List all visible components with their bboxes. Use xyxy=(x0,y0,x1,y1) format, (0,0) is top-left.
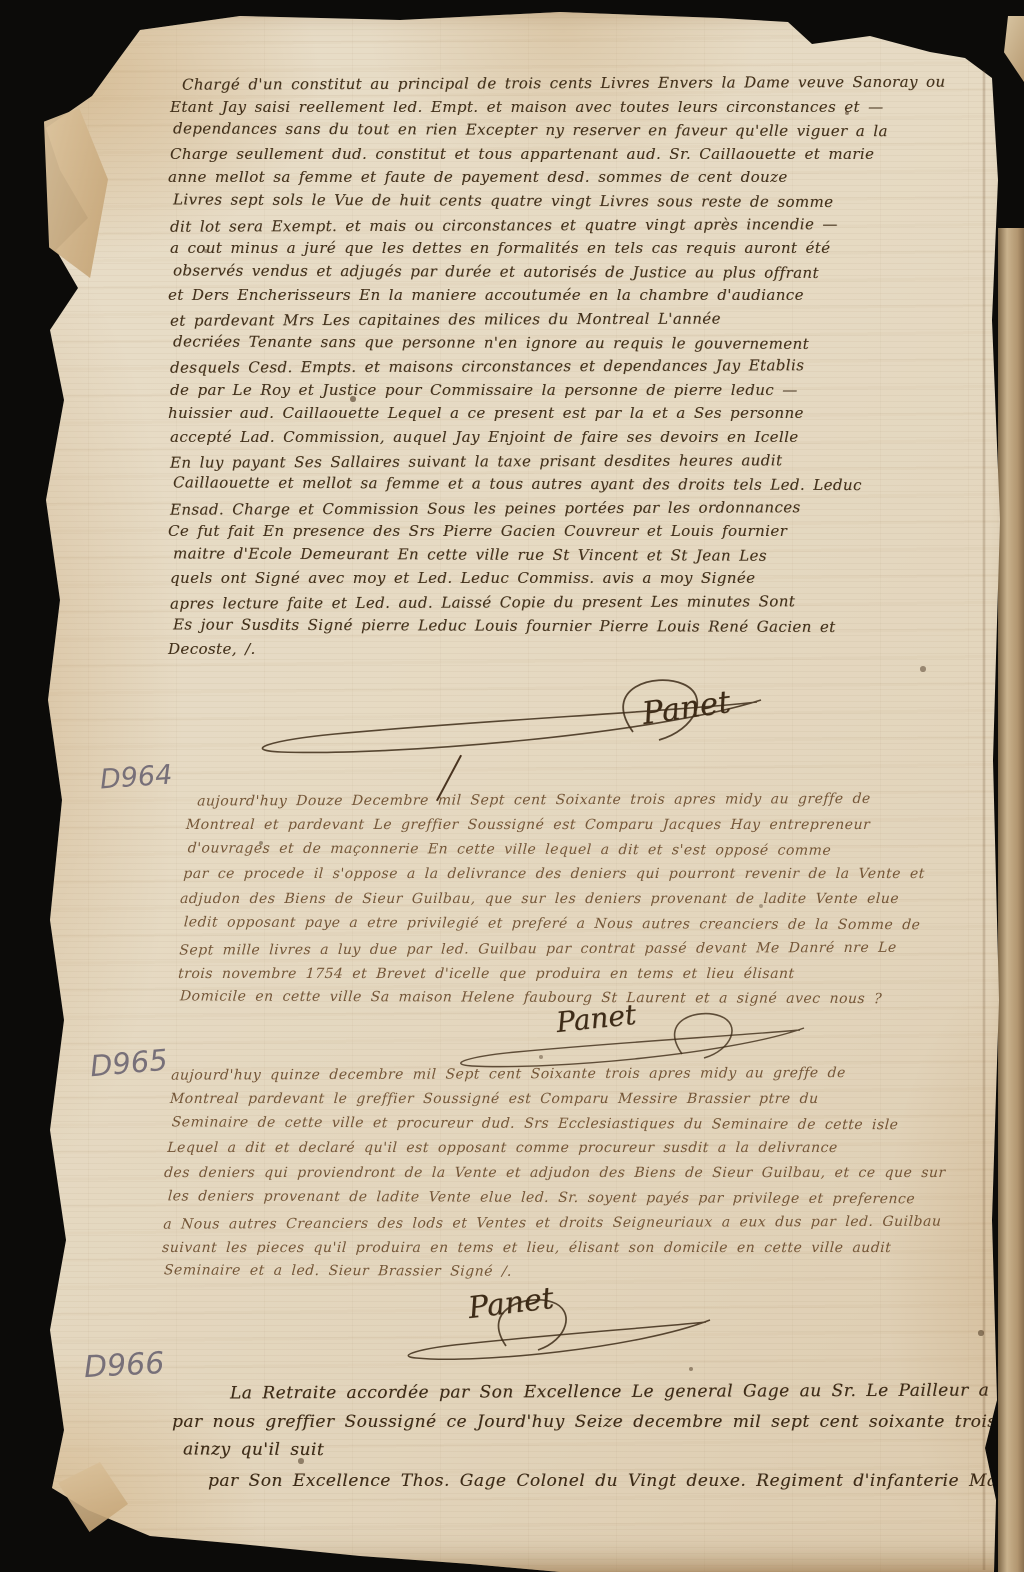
manuscript-line: Ce fut fait En presence des Srs Pierre G… xyxy=(168,520,1013,544)
manuscript-line: La Retraite accordée par Son Excellence … xyxy=(172,1376,1012,1409)
manuscript-line: par nous greffier Soussigné ce Jourd'huy… xyxy=(172,1408,1012,1438)
manuscript-line: a cout minus a juré que les dettes en fo… xyxy=(170,237,1015,261)
manuscript-line: accepté Lad. Commission, auquel Jay Enjo… xyxy=(170,426,1015,450)
manuscript-line: quels ont Signé avec moy et Led. Leduc C… xyxy=(170,567,1015,591)
manuscript-page: Chargé d'un constitut au principal de tr… xyxy=(0,0,1024,1572)
manuscript-line: de par Le Roy et Justice pour Commissair… xyxy=(170,379,1015,403)
margin-annotation-d966: D966 xyxy=(83,1346,165,1385)
manuscript-line: les deniers provenant de ladite Vente el… xyxy=(167,1184,1013,1212)
manuscript-line: par Son Excellence Thos. Gage Colonel du… xyxy=(172,1467,1012,1497)
manuscript-line: maitre d'Ecole Demeurant En cette ville … xyxy=(173,542,1018,569)
manuscript-line: aujourd'huy quinze decembre mil Sept cen… xyxy=(171,1060,1017,1088)
manuscript-line: dependances sans du tout en rien Excepte… xyxy=(173,118,1018,145)
paragraph-opposition-brassier: aujourd'huy quinze decembre mil Sept cen… xyxy=(160,1062,1017,1285)
manuscript-line: Seminaire et a led. Sieur Brassier Signé… xyxy=(163,1259,1009,1287)
manuscript-line: et pardevant Mrs Les capitaines des mili… xyxy=(170,306,1015,333)
paragraph-saisie-acte: Chargé d'un constitut au principal de tr… xyxy=(170,72,1015,662)
manuscript-line: huissier aud. Caillaouette Lequel a ce p… xyxy=(168,402,1013,426)
manuscript-scan: Chargé d'un constitut au principal de tr… xyxy=(0,0,1024,1572)
manuscript-line: adjudon des Biens de Sieur Guilbau, que … xyxy=(179,887,1010,912)
manuscript-line: Lequel a dit et declaré qu'il est opposa… xyxy=(167,1136,1013,1161)
manuscript-line: Decoste, /. xyxy=(168,638,1013,662)
manuscript-line: Chargé d'un constitut au principal de tr… xyxy=(170,70,1015,97)
manuscript-line: Seminaire de cette ville et procureur du… xyxy=(171,1110,1017,1138)
manuscript-line: d'ouvrages et de maçonnerie En cette vil… xyxy=(187,836,1018,864)
manuscript-line: Montreal pardevant le greffier Soussigné… xyxy=(169,1087,1015,1112)
margin-annotation-d965: D965 xyxy=(89,1043,169,1084)
manuscript-line: desquels Cesd. Empts. et maisons circons… xyxy=(170,354,1015,381)
manuscript-line: par ce procede il s'oppose a la delivran… xyxy=(183,862,1014,887)
manuscript-line: ainzy qu'il suit xyxy=(175,1435,1015,1468)
manuscript-line: Montreal et pardevant Le greffier Soussi… xyxy=(185,813,1016,838)
paper-crease xyxy=(982,70,986,1570)
manuscript-line: trois novembre 1754 et Brevet d'icelle q… xyxy=(177,962,1008,987)
manuscript-line: observés vendus et adjugés par durée et … xyxy=(173,259,1018,286)
manuscript-line: Sept mille livres a luy due par led. Gui… xyxy=(179,935,1010,963)
manuscript-line: des deniers qui proviendront de la Vente… xyxy=(163,1161,1009,1186)
manuscript-line: a Nous autres Creanciers des lods et Ven… xyxy=(163,1209,1009,1237)
ink-specks xyxy=(0,0,2,2)
manuscript-line: dit lot sera Exempt. et mais ou circonst… xyxy=(170,212,1015,239)
manuscript-line: Livres sept sols le Vue de huit cents qu… xyxy=(173,188,1018,215)
manuscript-line: Ensad. Charge et Commission Sous les pei… xyxy=(170,495,1015,522)
manuscript-line: suivant les pieces qu'il produira en tem… xyxy=(161,1236,1007,1261)
manuscript-line: et Ders Encherisseurs En la maniere acco… xyxy=(168,284,1013,308)
manuscript-line: Etant Jay saisi reellement led. Empt. et… xyxy=(170,96,1015,120)
manuscript-line: Caillaouette et mellot sa femme et a tou… xyxy=(173,471,1018,498)
underlying-page-edge xyxy=(998,228,1024,1572)
manuscript-line: apres lecture faite et Led. aud. Laissé … xyxy=(170,589,1015,616)
margin-annotation-d964: D964 xyxy=(99,760,173,796)
manuscript-line: En luy payant Ses Sallaires suivant la t… xyxy=(170,448,1015,475)
manuscript-line: Charge seullement dud. constitut et tous… xyxy=(170,143,1015,167)
paragraph-opposition-hay: aujourd'huy Douze Decembre mil Sept cent… xyxy=(176,788,1018,1011)
manuscript-line: decriées Tenante sans que personne n'en … xyxy=(173,330,1018,357)
manuscript-line: ledit opposant paye a etre privilegié et… xyxy=(183,910,1014,938)
paragraph-retraite-gage: La Retraite accordée par Son Excellence … xyxy=(172,1378,1012,1496)
manuscript-line: Es jour Susdits Signé pierre Leduc Louis… xyxy=(173,613,1018,640)
underlying-page-corner xyxy=(1004,16,1024,82)
manuscript-line: anne mellot sa femme et faute de payemen… xyxy=(168,166,1013,190)
manuscript-line: aujourd'huy Douze Decembre mil Sept cent… xyxy=(187,786,1018,814)
